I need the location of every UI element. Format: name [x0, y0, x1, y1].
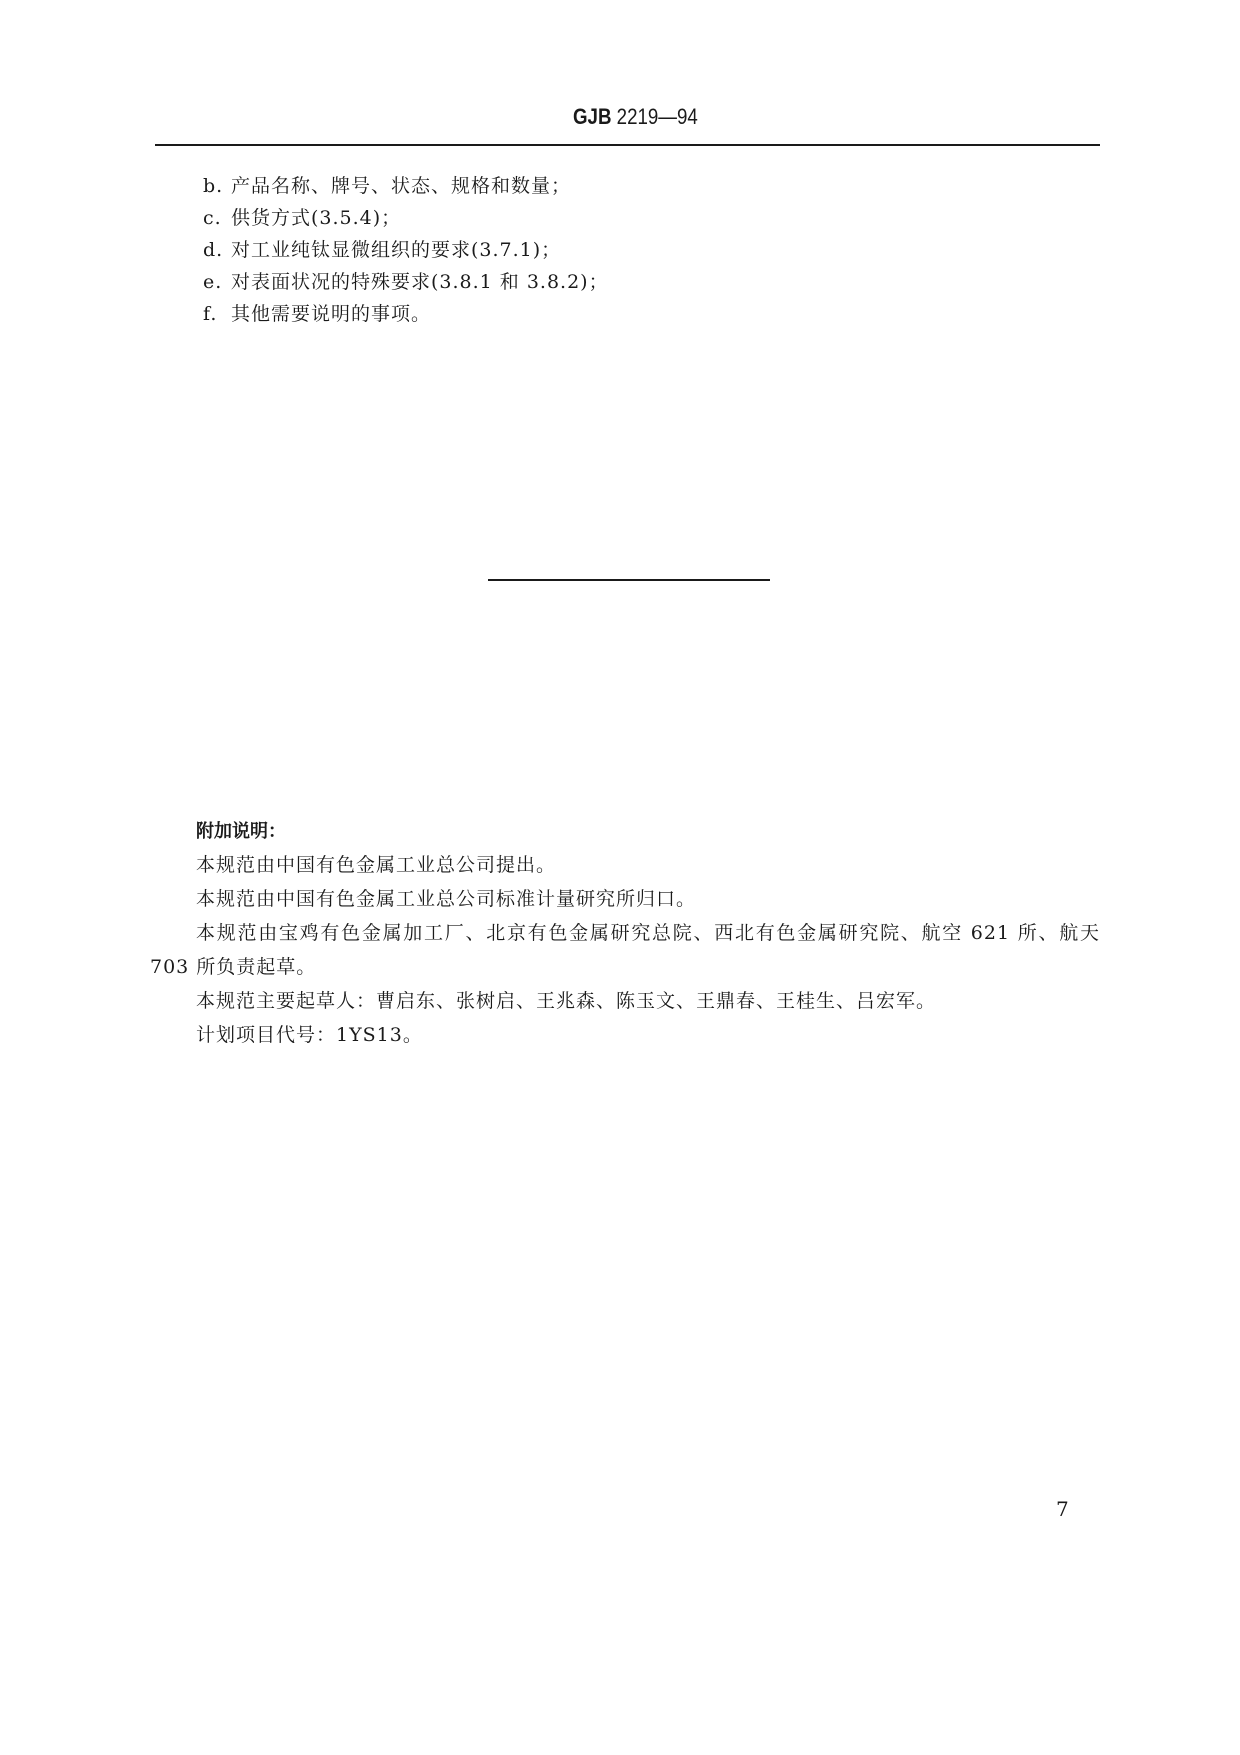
list-item-text: 对工业纯钛显微组织的要求(3.7.1)；: [231, 239, 561, 261]
list-item-text: 产品名称、牌号、状态、规格和数量；: [231, 175, 571, 197]
list-item: b.产品名称、牌号、状态、规格和数量；: [203, 170, 609, 202]
document-code: GJB 2219—94: [573, 104, 698, 130]
additional-notes: 附加说明： 本规范由中国有色金属工业总公司提出。 本规范由中国有色金属工业总公司…: [150, 816, 1100, 1052]
note-paragraph: 本规范由宝鸡有色金属加工厂、北京有色金属研究总院、西北有色金属研究院、航空 62…: [150, 916, 1100, 984]
requirements-list: b.产品名称、牌号、状态、规格和数量； c.供货方式(3.5.4)； d.对工业…: [203, 170, 609, 330]
list-marker: f.: [203, 298, 231, 330]
header-rule: [155, 144, 1100, 146]
list-item: f.其他需要说明的事项。: [203, 298, 609, 330]
note-paragraph: 本规范由中国有色金属工业总公司标准计量研究所归口。: [150, 882, 1100, 916]
list-item: c.供货方式(3.5.4)；: [203, 202, 609, 234]
list-item-text: 其他需要说明的事项。: [231, 303, 431, 325]
list-marker: c.: [203, 202, 231, 234]
list-marker: b.: [203, 170, 231, 202]
list-item-text: 对表面状况的特殊要求(3.8.1 和 3.8.2)；: [231, 271, 609, 293]
list-item: d.对工业纯钛显微组织的要求(3.7.1)；: [203, 234, 609, 266]
note-paragraph: 本规范主要起草人：曹启东、张树启、王兆森、陈玉文、王鼎春、王桂生、吕宏军。: [150, 984, 1100, 1018]
page-header: GJB 2219—94: [155, 104, 1100, 130]
list-item: e.对表面状况的特殊要求(3.8.1 和 3.8.2)；: [203, 266, 609, 298]
additional-notes-title: 附加说明：: [196, 816, 1100, 848]
document-code-number: 2219—94: [617, 104, 698, 129]
list-marker: e.: [203, 266, 231, 298]
list-item-text: 供货方式(3.5.4)；: [231, 207, 401, 229]
note-paragraph: 本规范由中国有色金属工业总公司提出。: [150, 848, 1100, 882]
list-marker: d.: [203, 234, 231, 266]
page-number: 7: [1056, 1497, 1069, 1521]
document-code-prefix: GJB: [573, 104, 611, 129]
note-paragraph: 计划项目代号：1YS13。: [150, 1018, 1100, 1052]
end-of-text-rule: [488, 579, 770, 581]
